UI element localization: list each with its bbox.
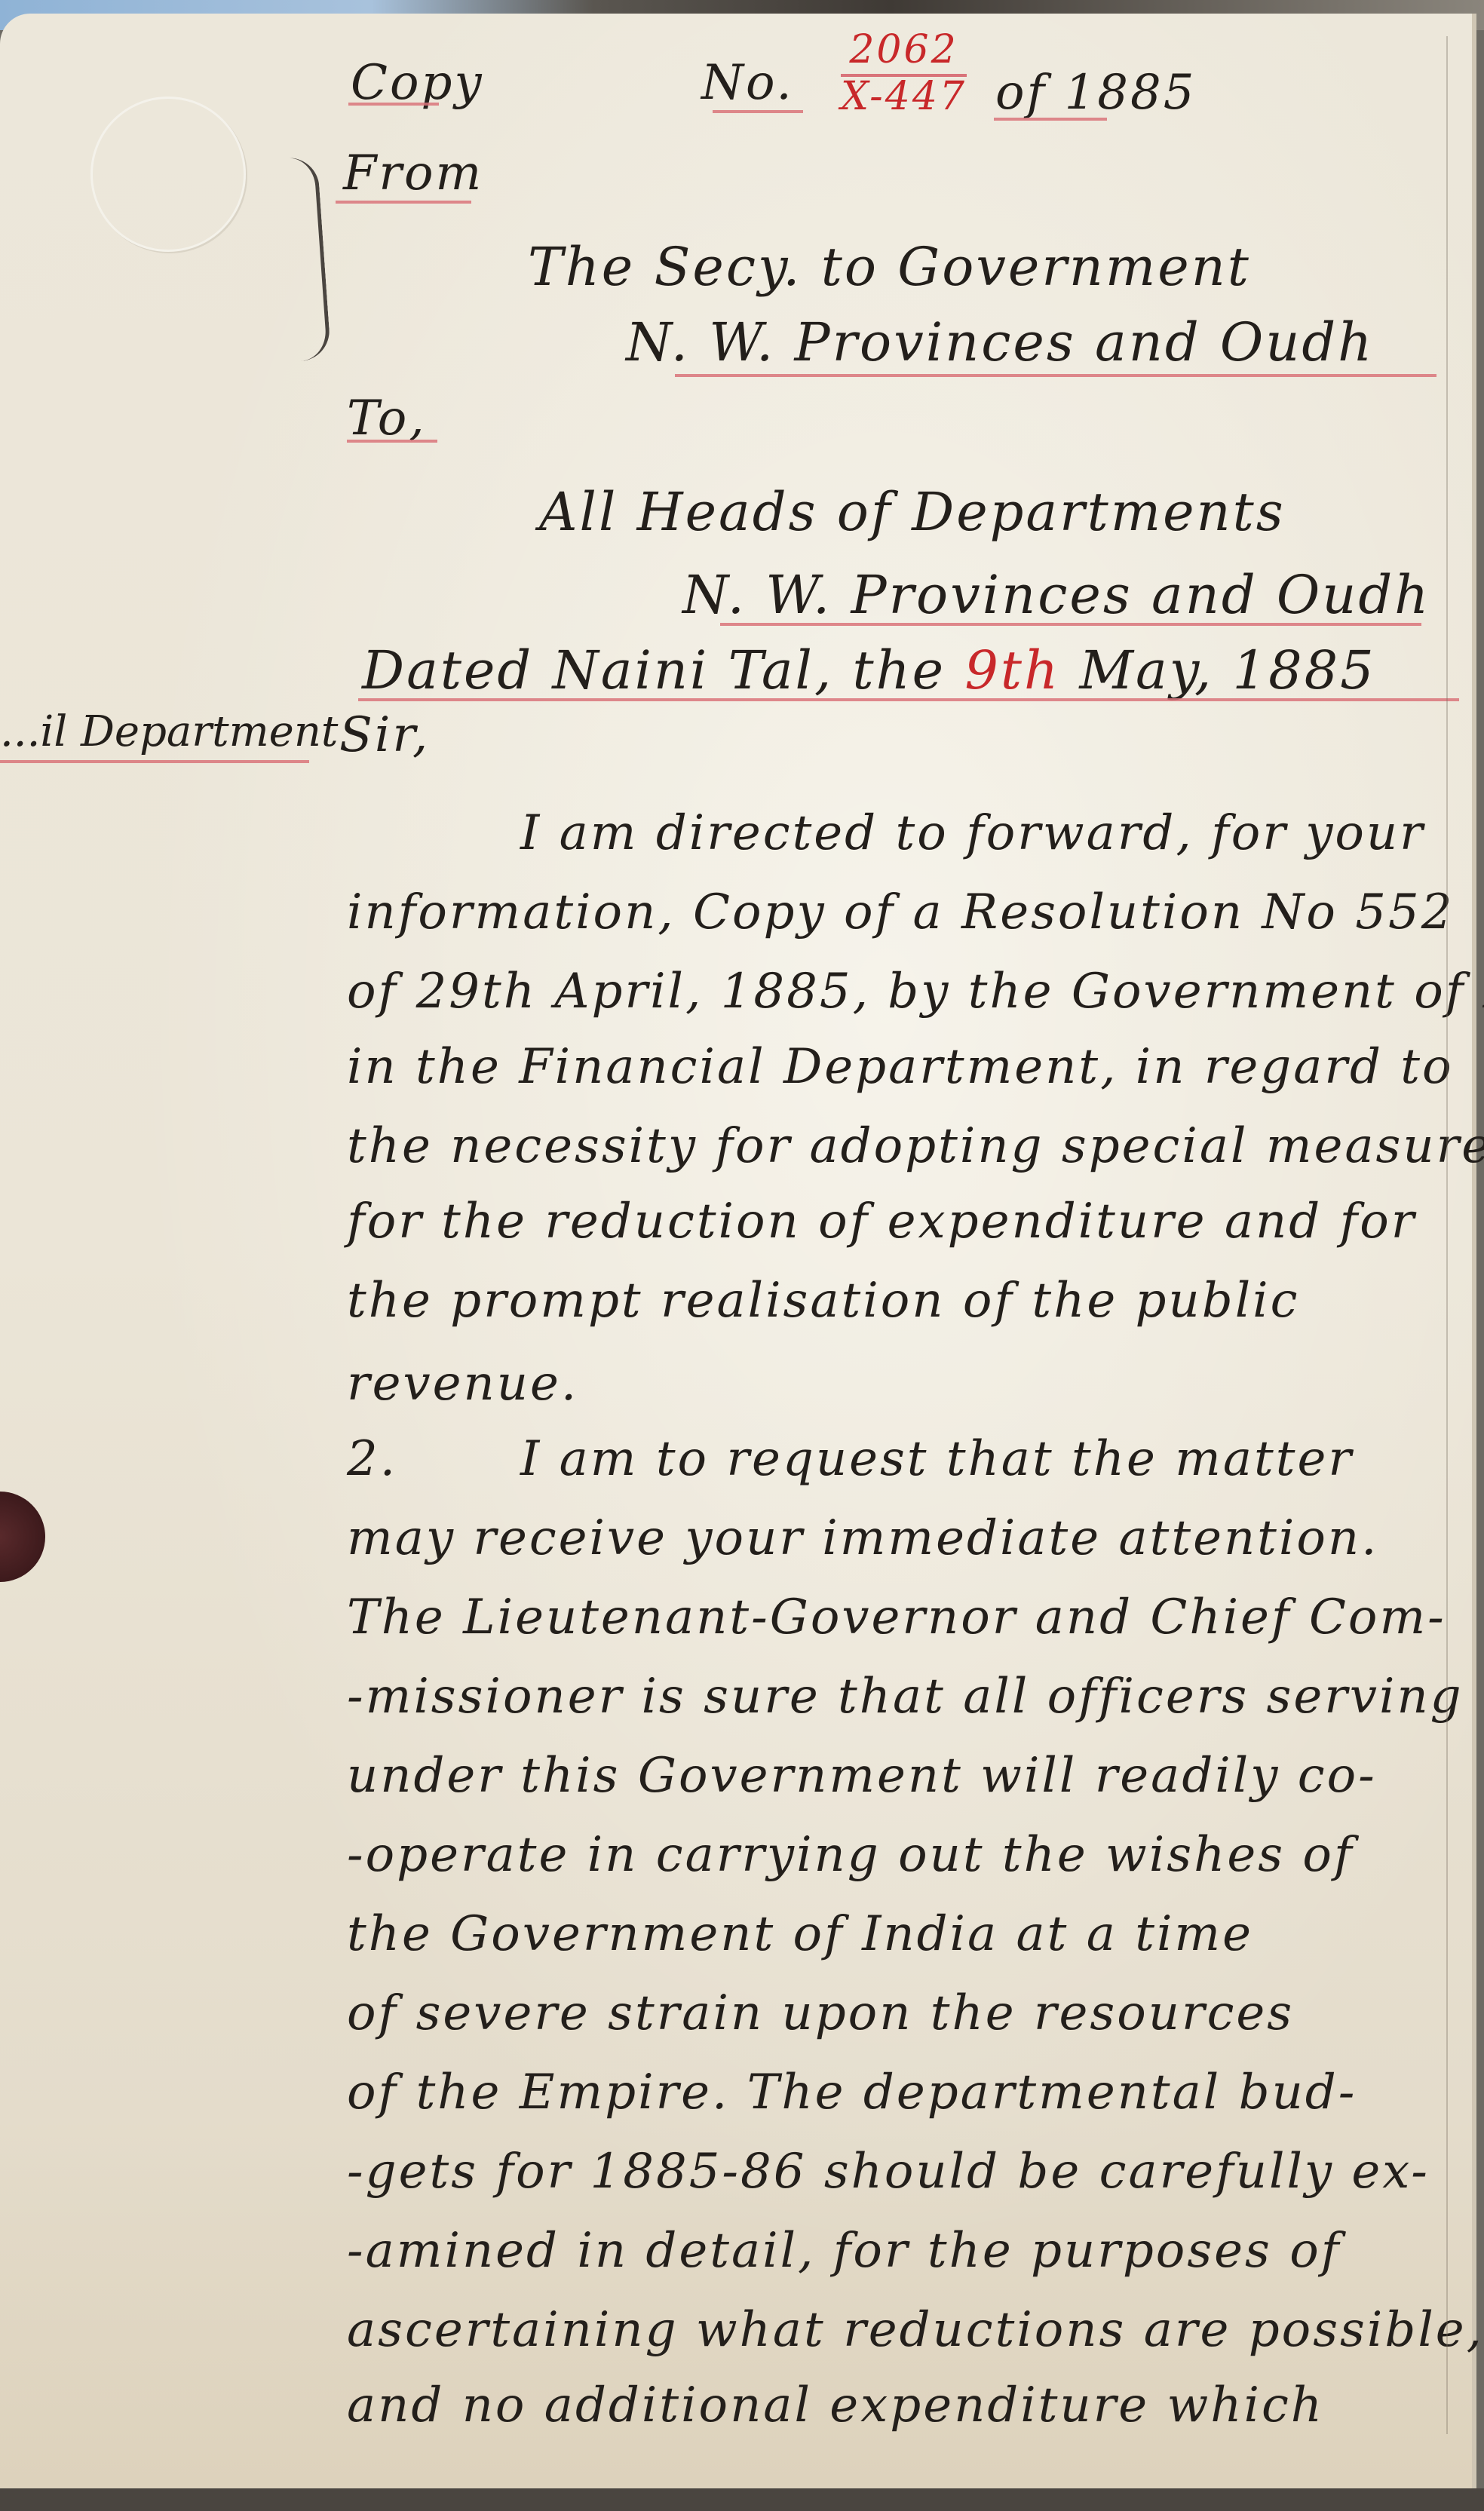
para2-line-8: of severe strain upon the resources: [347, 1985, 1294, 2041]
reference-number: 2062 X-447: [841, 30, 967, 116]
para1-line-8: revenue.: [347, 1356, 578, 1412]
para1-line-6: for the reduction of expenditure and for: [347, 1194, 1416, 1249]
para1-line-7: the prompt realisation of the public: [347, 1273, 1299, 1329]
para2-line-13: and no additional expenditure which: [347, 2378, 1324, 2433]
dated-underline: [358, 698, 1459, 701]
dated-line: Dated Naini Tal, the 9th May, 1885: [362, 639, 1376, 701]
document-page: Copy No. 2062 X-447 of 1885 From The Sec…: [0, 14, 1476, 2488]
to-label: To,: [347, 391, 427, 446]
para2-line-1: I am to request that the matter: [520, 1431, 1354, 1487]
para2-line-7: the Government of India at a time: [347, 1906, 1253, 1962]
number-label: No.: [701, 55, 794, 111]
number-underline: [713, 110, 803, 113]
para1-line-5: the necessity for adopting special measu…: [347, 1118, 1484, 1174]
margin-note-department: ...il Department: [0, 707, 338, 756]
para1-line-3: of 29th April, 1885, by the Government o…: [347, 964, 1484, 1019]
reference-number-top: 2062: [841, 30, 967, 77]
from-underline: [336, 201, 471, 204]
copy-underline: [348, 103, 439, 106]
reference-year: of 1885: [995, 65, 1196, 121]
para2-line-12: ascertaining what reductions are possibl…: [347, 2302, 1484, 2358]
to-underline-2: [720, 623, 1421, 626]
dated-rest: May, 1885: [1079, 639, 1375, 701]
para2-line-3: The Lieutenant-Governor and Chief Com-: [347, 1590, 1446, 1645]
to-line-2: N. W. Provinces and Oudh: [682, 564, 1430, 626]
dated-prefix: Dated Naini Tal, the: [362, 639, 946, 701]
margin-note-underline: [0, 760, 309, 763]
reference-number-bottom: X-447: [841, 77, 967, 116]
para2-line-4: -missioner is sure that all officers ser…: [347, 1669, 1464, 1725]
from-underline-2: [675, 374, 1436, 377]
to-underline: [347, 440, 437, 443]
para2-line-11: -amined in detail, for the purposes of: [347, 2223, 1341, 2279]
year-underline: [994, 118, 1107, 121]
para1-line-4: in the Financial Department, in regard t…: [347, 1039, 1454, 1095]
para2-line-2: may receive your immediate attention.: [347, 1510, 1378, 1566]
para2-line-5: under this Government will readily co-: [347, 1748, 1377, 1804]
ink-bracket-mark: [284, 156, 332, 361]
from-line-2: N. W. Provinces and Oudh: [626, 311, 1374, 373]
from-line-1: The Secy. to Government: [528, 236, 1251, 298]
para1-line-1: I am directed to forward, for your: [520, 805, 1425, 861]
embossed-seal-mark: [90, 97, 246, 252]
para2-line-6: -operate in carrying out the wishes of: [347, 1827, 1354, 1883]
para2-line-10: -gets for 1885-86 should be carefully ex…: [347, 2144, 1430, 2200]
salutation: Sir,: [339, 707, 430, 763]
para2-line-9: of the Empire. The departmental bud-: [347, 2065, 1357, 2120]
para1-line-2: information, Copy of a Resolution No 552: [347, 885, 1454, 940]
para2-number: 2.: [347, 1431, 397, 1487]
to-line-1: All Heads of Departments: [539, 481, 1286, 543]
background-bottom: [0, 2488, 1484, 2511]
thumb-holding-page: [0, 1492, 45, 1582]
dated-day: 9th: [964, 639, 1060, 701]
from-label: From: [343, 146, 483, 201]
